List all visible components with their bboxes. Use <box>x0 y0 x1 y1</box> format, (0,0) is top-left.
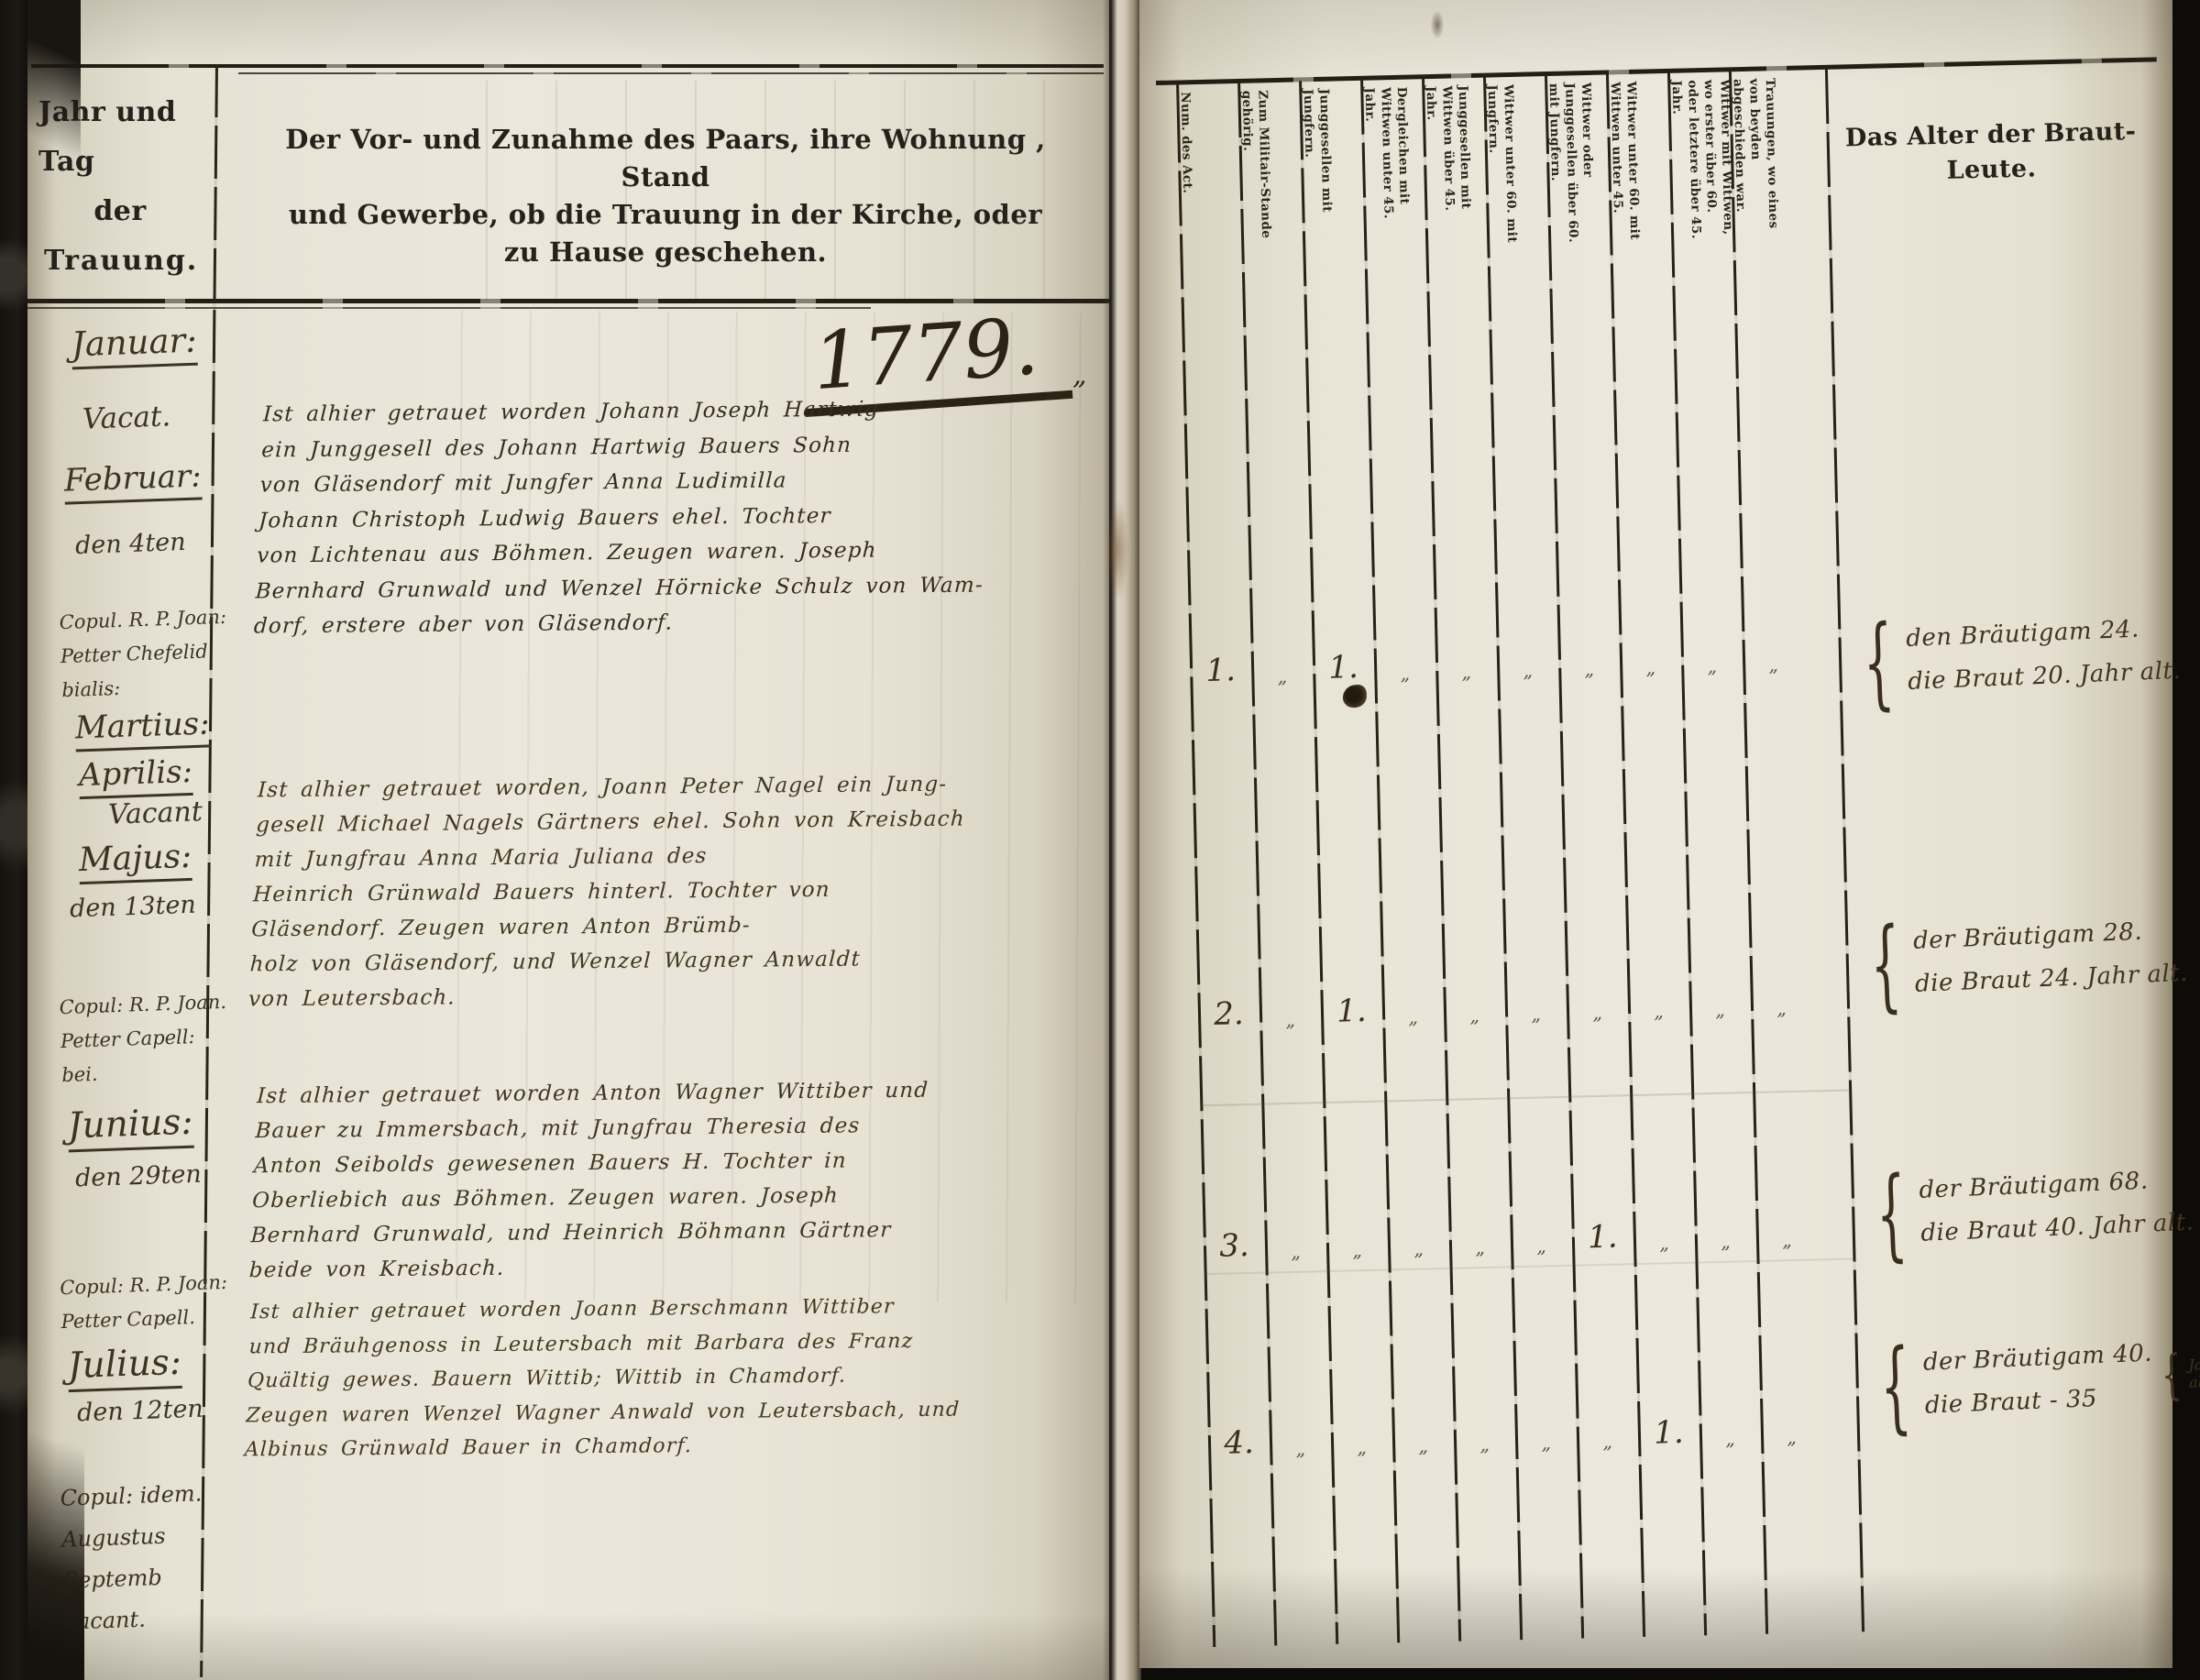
page-edge-gutter <box>1103 0 1141 1680</box>
column-header-couple: Der Vor- und Zunahme des Paars, ihre Woh… <box>238 121 1093 271</box>
year-ditto-mark: „ <box>1072 359 1087 391</box>
tally-cell: „ <box>1270 1422 1332 1461</box>
tally-column-header-label: Junggesellen mit Jungfern. <box>1299 81 1335 253</box>
text-line: Copul: R. P. Joan. <box>59 985 227 1025</box>
age-note-lines: der Bräutigam 40.die Braut - 35 <box>1922 1333 2155 1428</box>
text-line: Petter Chefelid <box>60 634 228 674</box>
tally-cell: „ <box>1392 1420 1455 1458</box>
age-note-3: { der Bräutigam 68.die Braut 40. Jahr al… <box>1859 1154 2197 1263</box>
text-line: vacant. <box>64 1597 207 1642</box>
left-page: Jahr und TagderTrauung. Der Vor- und Zun… <box>27 0 1109 1680</box>
tally-cell: „ <box>1620 642 1682 680</box>
margin-month-aprilis: Aprilis: <box>78 753 193 799</box>
tally-column-header-label: Wittwer oder Junggesellen über 60. mit J… <box>1545 74 1597 247</box>
marriage-entry-3: Ist alhier getrauet worden Anton Wagner … <box>248 1073 929 1288</box>
tally-cell: „ <box>1694 1215 1756 1254</box>
age-note-1: { den Bräutigam 24.die Braut 20. Jahr al… <box>1846 602 2184 711</box>
tally-column-header-label: Trauungen, wo eines von beyden abgeschie… <box>1729 70 1781 242</box>
text-line: Ist alhier getrauet worden Anton Wagner … <box>256 1073 929 1114</box>
margin-month-julius: Julius: <box>67 1342 182 1392</box>
tally-cell: „ <box>1699 1412 1761 1451</box>
tally-cell: „ <box>1264 1225 1326 1264</box>
text-line: Jahr <box>2188 1356 2200 1374</box>
tally-column-header-label: Dergleichen mit Wittwen unter 45. Jahr. <box>1360 79 1413 251</box>
tally-cell: 1. <box>1571 1218 1633 1257</box>
left-brace: { <box>1875 1163 1909 1264</box>
margin-month-martius: Martius: <box>74 705 210 752</box>
text-line: Anton Seibolds gewesenen Bauers H. Tocht… <box>253 1143 927 1183</box>
tally-column-header-label: Wittwer mit Wittwen, wo erster über 60. … <box>1667 71 1736 244</box>
top-rule <box>31 64 1104 68</box>
age-column-header: Das Alter der Braut-Leute. <box>1826 114 2156 191</box>
tally-cell: „ <box>1681 640 1743 678</box>
age-note-lines: der Bräutigam 68.die Braut 40. Jahr alt. <box>1919 1158 2195 1256</box>
tally-column-header-label: Junggesellen mit Wittwen über 45. Jahr. <box>1422 77 1474 249</box>
text-line: von Leutersbach. <box>247 976 958 1017</box>
text-line: holz von Gläsendorf, und Wenzel Wagner A… <box>249 941 960 983</box>
tally-cell: „ <box>1627 985 1689 1024</box>
book-spine <box>0 0 29 1680</box>
paper-blemish <box>1431 11 1444 38</box>
text-line: zu Hause geschehen. <box>238 234 1093 271</box>
tally-cell: 4. <box>1208 1424 1270 1463</box>
margin-month-junius: Junius: <box>67 1102 193 1153</box>
statistics-table: Num. des Act. Zum Militair-Stande gehöri… <box>1139 57 2200 1680</box>
left-brace: { <box>1878 1335 1913 1436</box>
top-rule-double <box>238 72 1104 74</box>
text-line: Albinus Grünwald Bauer in Chamdorf. <box>244 1427 960 1467</box>
text-line: und Gewerbe, ob die Trauung in der Kirch… <box>238 196 1093 234</box>
header-bottom-rule <box>27 299 1109 303</box>
tally-cell: „ <box>1504 988 1567 1027</box>
text-line: Copul. R. P. Joan: <box>59 600 227 640</box>
tally-cell: „ <box>1435 645 1498 684</box>
text-line: gesell Michael Nagels Gärtners ehel. Soh… <box>256 802 966 843</box>
age-note-lines: der Bräutigam 28.die Braut 24. Jahr alt. <box>1912 909 2189 1006</box>
margin-divider-rule <box>200 64 218 1677</box>
margin-note-vacat: Vacat. <box>82 400 170 435</box>
tally-cell: 1. <box>1321 993 1383 1031</box>
age-note-2: { der Bräutigam 28.die Braut 24. Jahr al… <box>1853 905 2192 1014</box>
tally-column-header-label: Wittwer unter 60. mit Wittwen unter 45. <box>1606 73 1642 246</box>
margin-month-februar: Februar: <box>63 457 202 504</box>
tally-cell: 1. <box>1190 652 1252 690</box>
right-page: Num. des Act. Zum Militair-Stande gehöri… <box>1139 0 2172 1668</box>
margin-celebrant-note-3: Copul: R. P. Joan:Petter Capell. <box>60 1266 229 1339</box>
age-note-suffix: Jahralt <box>2188 1356 2200 1391</box>
marriage-entry-2: Ist alhier getrauet worden, Joann Peter … <box>247 767 967 1017</box>
margin-celebrant-note-1: Copul. R. P. Joan:Petter Chefelidbialis: <box>59 600 229 708</box>
text-line: dorf, erstere aber von Gläsendorf. <box>253 603 983 644</box>
margin-date-den29: den 29ten <box>75 1160 203 1193</box>
tally-cell: 2. <box>1198 995 1260 1034</box>
tally-cell: „ <box>1325 1224 1388 1262</box>
tally-row-4: 4.„„„„„„1.„„ <box>1207 1387 1858 1485</box>
tally-cell: „ <box>1750 982 1812 1020</box>
tally-cell: „ <box>1743 639 1805 677</box>
text-line: alt <box>2189 1373 2200 1391</box>
text-line: Ist alhier getrauet worden Joann Berschm… <box>249 1290 965 1330</box>
tally-cell: „ <box>1760 1411 1822 1449</box>
margin-month-januar: Januar: <box>71 321 197 370</box>
text-line: die Braut - 35 <box>1924 1376 2155 1428</box>
text-line: bialis: <box>61 668 230 708</box>
tally-cell: „ <box>1443 989 1505 1027</box>
tally-column-header-label: Num. des Act. <box>1176 83 1194 193</box>
tally-row-1: 1.„1.„„„„„„„ <box>1189 615 1840 713</box>
tally-cell: „ <box>1576 1415 1638 1454</box>
tally-cell: „ <box>1331 1421 1393 1459</box>
text-line: bei. <box>61 1053 230 1093</box>
margin-date-den4: den 4ten <box>74 528 186 560</box>
tally-cell: 1. <box>1637 1413 1699 1452</box>
tally-cell: „ <box>1688 983 1751 1022</box>
text-line: Petter Capell: <box>60 1019 228 1059</box>
margin-date-den13: den 13ten <box>70 891 197 924</box>
tally-cell: 3. <box>1204 1227 1266 1266</box>
margin-month-majus: Majus: <box>78 838 192 884</box>
tally-cell: „ <box>1454 1418 1516 1456</box>
tally-cell: „ <box>1374 647 1436 686</box>
tally-cell: „ <box>1448 1221 1511 1259</box>
tally-column-header-label: Zum Militair-Stande gehörig. <box>1237 82 1273 254</box>
age-note-4: { der Bräutigam 40.die Braut - 35 { Jahr… <box>1864 1325 2200 1434</box>
tally-cell: „ <box>1497 644 1559 683</box>
tally-cell: „ <box>1381 991 1444 1029</box>
right-brace: { <box>2161 1347 2183 1401</box>
left-brace: { <box>1862 611 1897 712</box>
header-bottom-rule-double <box>27 307 871 309</box>
tally-cell: 1. <box>1313 649 1375 687</box>
text-line: Bernhard Grunwald, und Heinrich Böhmann … <box>250 1213 924 1253</box>
tally-cell: „ <box>1566 986 1628 1025</box>
register-spread: Jahr und TagderTrauung. Der Vor- und Zun… <box>0 0 2200 1680</box>
tally-cell: „ <box>1755 1213 1818 1252</box>
tally-column-header-label: Wittwer unter 60. mit Jungfern. <box>1483 76 1519 248</box>
text-line: Bernhard Grunwald und Wenzel Hörnicke Sc… <box>255 567 984 609</box>
cover-shadow-bottom <box>27 1378 84 1680</box>
text-line: Der Vor- und Zunahme des Paars, ihre Woh… <box>238 121 1093 196</box>
marriage-entry-1: Ist alhier getrauet worden Johann Joseph… <box>253 390 992 644</box>
tally-cell: „ <box>1558 642 1621 681</box>
text-line: Bauer zu Immersbach, mit Jungfrau Theres… <box>255 1108 929 1148</box>
left-brace: { <box>1868 914 1903 1015</box>
tally-cell: „ <box>1387 1223 1449 1261</box>
text-line: Petter Capell. <box>60 1300 229 1339</box>
margin-celebrant-note-2: Copul: R. P. Joan.Petter Capell:bei. <box>59 985 229 1093</box>
tally-cell: „ <box>1259 994 1322 1032</box>
tally-cell: „ <box>1514 1417 1577 1455</box>
tally-cell: „ <box>1251 650 1314 688</box>
text-line: Trauung. <box>38 236 202 286</box>
text-line: Oberliebich aus Böhmen. Zeugen waren. Jo… <box>251 1178 925 1218</box>
tally-cell: „ <box>1510 1220 1572 1258</box>
marriage-entry-4: Ist alhier getrauet worden Joann Berschm… <box>244 1290 965 1467</box>
tally-row-3: 3.„„„„„1.„„„ <box>1203 1191 1853 1289</box>
text-line: und Bräuhgenoss in Leutersbach mit Barba… <box>248 1323 964 1364</box>
text-line: beide von Kreisbach. <box>248 1247 922 1288</box>
tally-cell: „ <box>1633 1217 1695 1256</box>
margin-date-den12: den 12ten <box>77 1395 204 1428</box>
age-note-lines: den Bräutigam 24.die Braut 20. Jahr alt. <box>1905 607 2182 704</box>
cover-shadow-top <box>27 0 81 197</box>
text-line: Copul: R. P. Joan: <box>60 1266 228 1305</box>
text-line: Zeugen waren Wenzel Wagner Anwald von Le… <box>246 1392 962 1433</box>
tally-row-2: 2.„1.„„„„„„„ <box>1197 959 1848 1057</box>
margin-note-vacant: Vacant <box>107 796 203 831</box>
